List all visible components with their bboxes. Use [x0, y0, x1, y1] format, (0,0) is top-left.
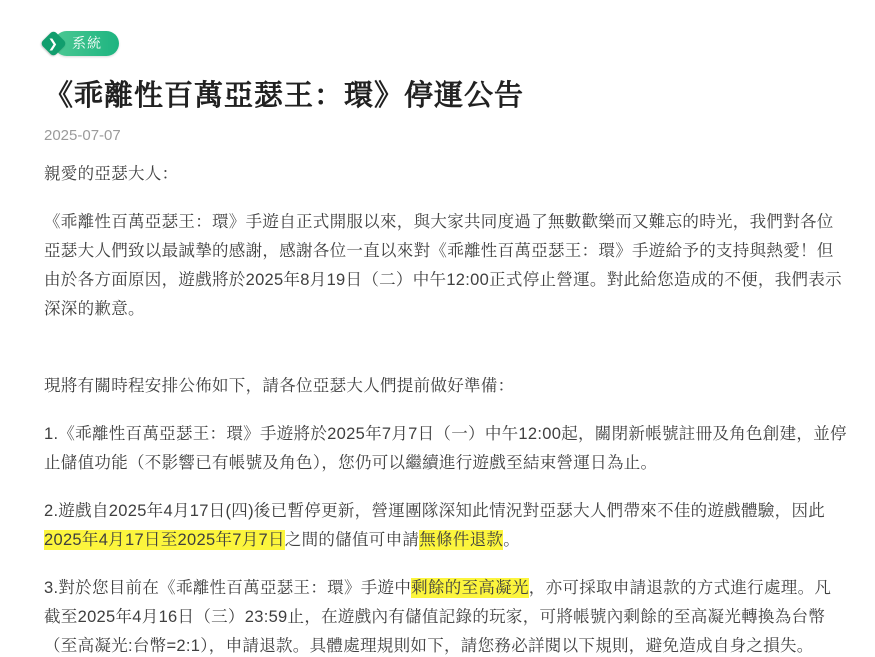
salutation: 親愛的亞瑟大人：	[44, 160, 847, 189]
announcement-body: 親愛的亞瑟大人： 《乖離性百萬亞瑟王：環》手遊自正式開服以來，與大家共同度過了無…	[44, 160, 847, 657]
category-badge[interactable]: ❯ 系統	[44, 30, 119, 57]
intro-paragraph: 《乖離性百萬亞瑟王：環》手遊自正式開服以來，與大家共同度過了無數歡樂而又難忘的時…	[44, 208, 847, 324]
item3-text-pre: 3.對於您目前在《乖離性百萬亞瑟王：環》手遊中	[44, 579, 411, 597]
chevron-right-icon: ❯	[48, 38, 58, 50]
item2-text-pre: 2.遊戲自2025年4月17日(四)後已暫停更新，營運團隊深知此情況對亞瑟大人們…	[44, 502, 825, 520]
page-title: 《乖離性百萬亞瑟王：環》停運公告	[44, 73, 847, 114]
item2-text-post: 。	[503, 531, 520, 549]
announcement-page: ❯ 系統 《乖離性百萬亞瑟王：環》停運公告 2025-07-07 親愛的亞瑟大人…	[0, 0, 875, 657]
schedule-item-1: 1.《乖離性百萬亞瑟王：環》手遊將於2025年7月7日（一）中午12:00起，關…	[44, 420, 847, 478]
highlight-refund-period: 2025年4月17日至2025年7月7日	[44, 530, 285, 550]
item2-text-mid: 之間的儲值可申請	[285, 531, 419, 549]
schedule-intro: 現將有關時程安排公佈如下，請各位亞瑟大人們提前做好準備：	[44, 372, 847, 401]
schedule-item-2: 2.遊戲自2025年4月17日(四)後已暫停更新，營運團隊深知此情況對亞瑟大人們…	[44, 497, 847, 555]
publish-date: 2025-07-07	[44, 127, 847, 144]
schedule-item-3: 3.對於您目前在《乖離性百萬亞瑟王：環》手遊中剩餘的至高凝光，亦可採取申請退款的…	[44, 574, 847, 657]
highlight-unconditional-refund: 無條件退款	[419, 530, 503, 550]
highlight-remaining-currency: 剩餘的至高凝光	[411, 578, 529, 598]
paragraph-spacer	[44, 343, 847, 372]
